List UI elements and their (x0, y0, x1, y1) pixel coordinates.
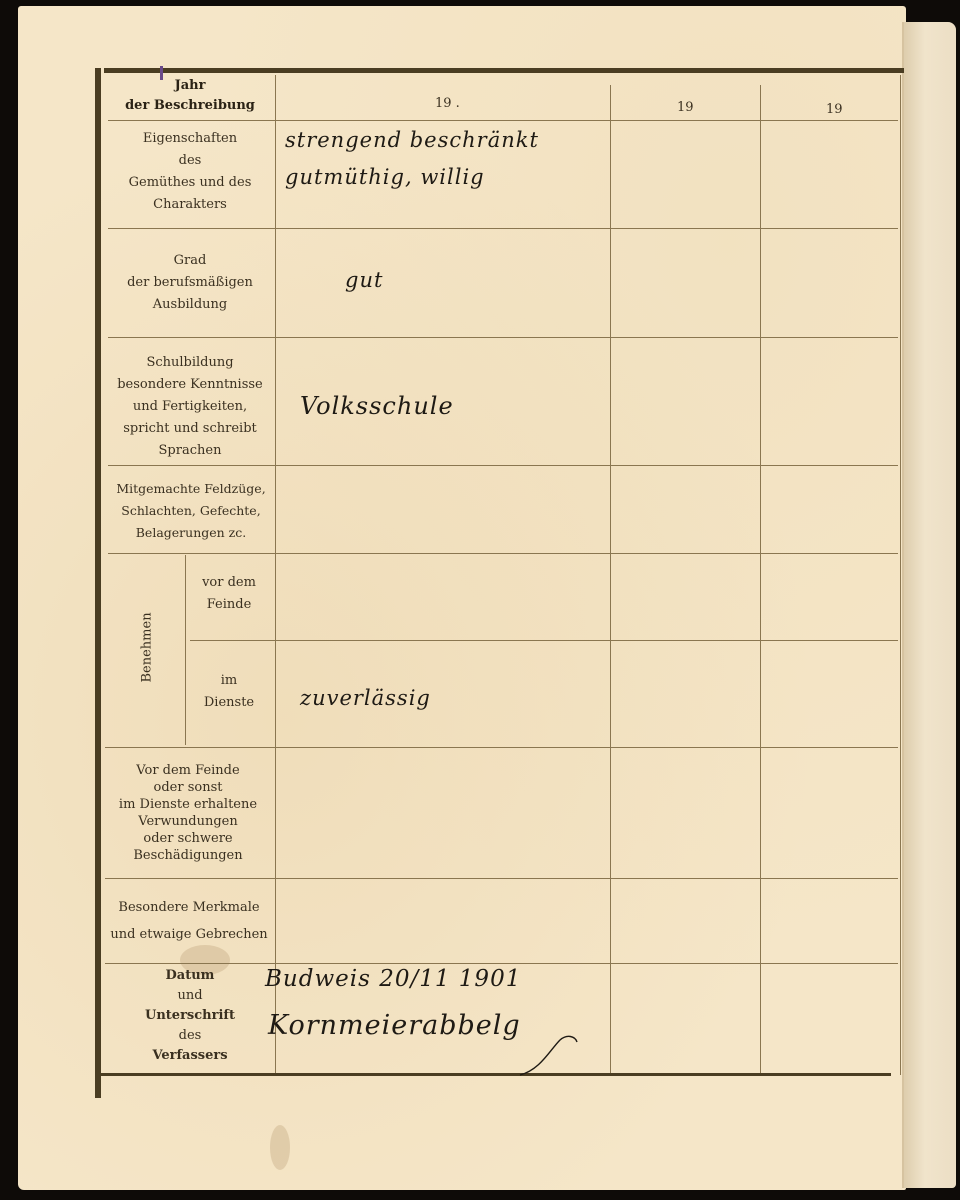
row-divider (108, 337, 898, 338)
label-line: Dienste (188, 692, 270, 714)
label-line: im (188, 670, 270, 692)
row-divider (105, 963, 898, 964)
label-line: Verfassers (110, 1046, 270, 1066)
year-header-2: 19 (677, 100, 694, 115)
entry-signature[interactable]: Kornmeierabbelg (268, 1010, 521, 1041)
header-label: Jahr der Beschreibung (110, 76, 270, 116)
label-line: Vor dem Feinde (108, 762, 268, 779)
label-line: im Dienste erhaltene (108, 796, 268, 813)
entry-gemuet-line1[interactable]: strengend beschränkt (285, 128, 539, 152)
label-line: Feinde (188, 594, 270, 616)
label-line: Grad (110, 250, 270, 272)
year-header-1: 19 . (435, 96, 460, 111)
benehmen-divider (185, 555, 186, 745)
label-line: Verwundungen (108, 813, 268, 830)
label-line: Gemüthes und des (110, 172, 270, 194)
label-line: Mitgemachte Feldzüge, (108, 478, 274, 500)
entry-im-dienste[interactable]: zuverlässig (300, 686, 431, 710)
row-label-ausbildung: Grad der berufsmäßigen Ausbildung (110, 250, 270, 316)
label-line: und (110, 986, 270, 1006)
year-header-3: 19 (826, 102, 843, 117)
label-line: und Fertigkeiten, (110, 396, 270, 418)
column-divider (900, 75, 901, 1075)
label-line: oder schwere (108, 830, 268, 847)
row-divider (108, 553, 898, 554)
label-line: der berufsmäßigen (110, 272, 270, 294)
header-label-line: Jahr (110, 76, 270, 96)
row-label-feldzuege: Mitgemachte Feldzüge, Schlachten, Gefech… (108, 478, 274, 544)
label-line: des (110, 1026, 270, 1046)
page-edge-flap (902, 22, 956, 1188)
label-line: Unterschrift (110, 1006, 270, 1026)
column-divider (760, 85, 761, 1073)
label-line: Sprachen (110, 440, 270, 462)
row-divider (105, 747, 898, 748)
label-line: Schulbildung (110, 352, 270, 374)
label-line: Belagerungen zc. (108, 522, 274, 544)
row-divider (108, 120, 898, 121)
row-divider (108, 465, 898, 466)
entry-gemuet-line2[interactable]: gutmüthig, willig (285, 165, 485, 189)
row-divider (108, 228, 898, 229)
header-label-line: der Beschreibung (110, 96, 270, 116)
row-label-schulbildung: Schulbildung besondere Kenntnisse und Fe… (110, 352, 270, 462)
label-line: vor dem (188, 572, 270, 594)
row-label-verwundungen: Vor dem Feinde oder sonst im Dienste erh… (108, 762, 268, 864)
table-border-left (95, 68, 101, 1098)
label-line: des (110, 150, 270, 172)
label-line: oder sonst (108, 779, 268, 796)
row-divider (190, 640, 898, 641)
group-label-benehmen: Benehmen (140, 613, 155, 683)
column-divider (610, 85, 611, 1073)
table-border-top (104, 68, 904, 73)
row-label-gemuet: Eigenschaften des Gemüthes und des Chara… (110, 128, 270, 216)
entry-schulbildung[interactable]: Volksschule (300, 392, 454, 420)
label-line: Beschädigungen (108, 847, 268, 864)
label-line: Besondere Merkmale (104, 894, 274, 921)
label-line: und etwaige Gebrechen (104, 921, 274, 948)
column-divider (275, 75, 276, 1073)
paper-stain (270, 1125, 290, 1170)
signature-flourish-icon (515, 1030, 585, 1080)
label-line: Ausbildung (110, 294, 270, 316)
label-line: spricht und schreibt (110, 418, 270, 440)
label-line: Datum (110, 966, 270, 986)
entry-datum[interactable]: Budweis 20/11 1901 (265, 966, 521, 992)
row-label-vor-dem-feinde: vor dem Feinde (188, 572, 270, 616)
row-label-unterschrift: Datum und Unterschrift des Verfassers (110, 966, 270, 1066)
label-line: Charakters (110, 194, 270, 216)
entry-ausbildung[interactable]: gut (345, 268, 383, 292)
row-label-merkmale: Besondere Merkmale und etwaige Gebrechen (104, 894, 274, 948)
row-divider (105, 878, 898, 879)
label-line: besondere Kenntnisse (110, 374, 270, 396)
row-label-im-dienste: im Dienste (188, 670, 270, 714)
label-line: Eigenschaften (110, 128, 270, 150)
label-line: Schlachten, Gefechte, (108, 500, 274, 522)
table-border-bottom (101, 1073, 891, 1076)
